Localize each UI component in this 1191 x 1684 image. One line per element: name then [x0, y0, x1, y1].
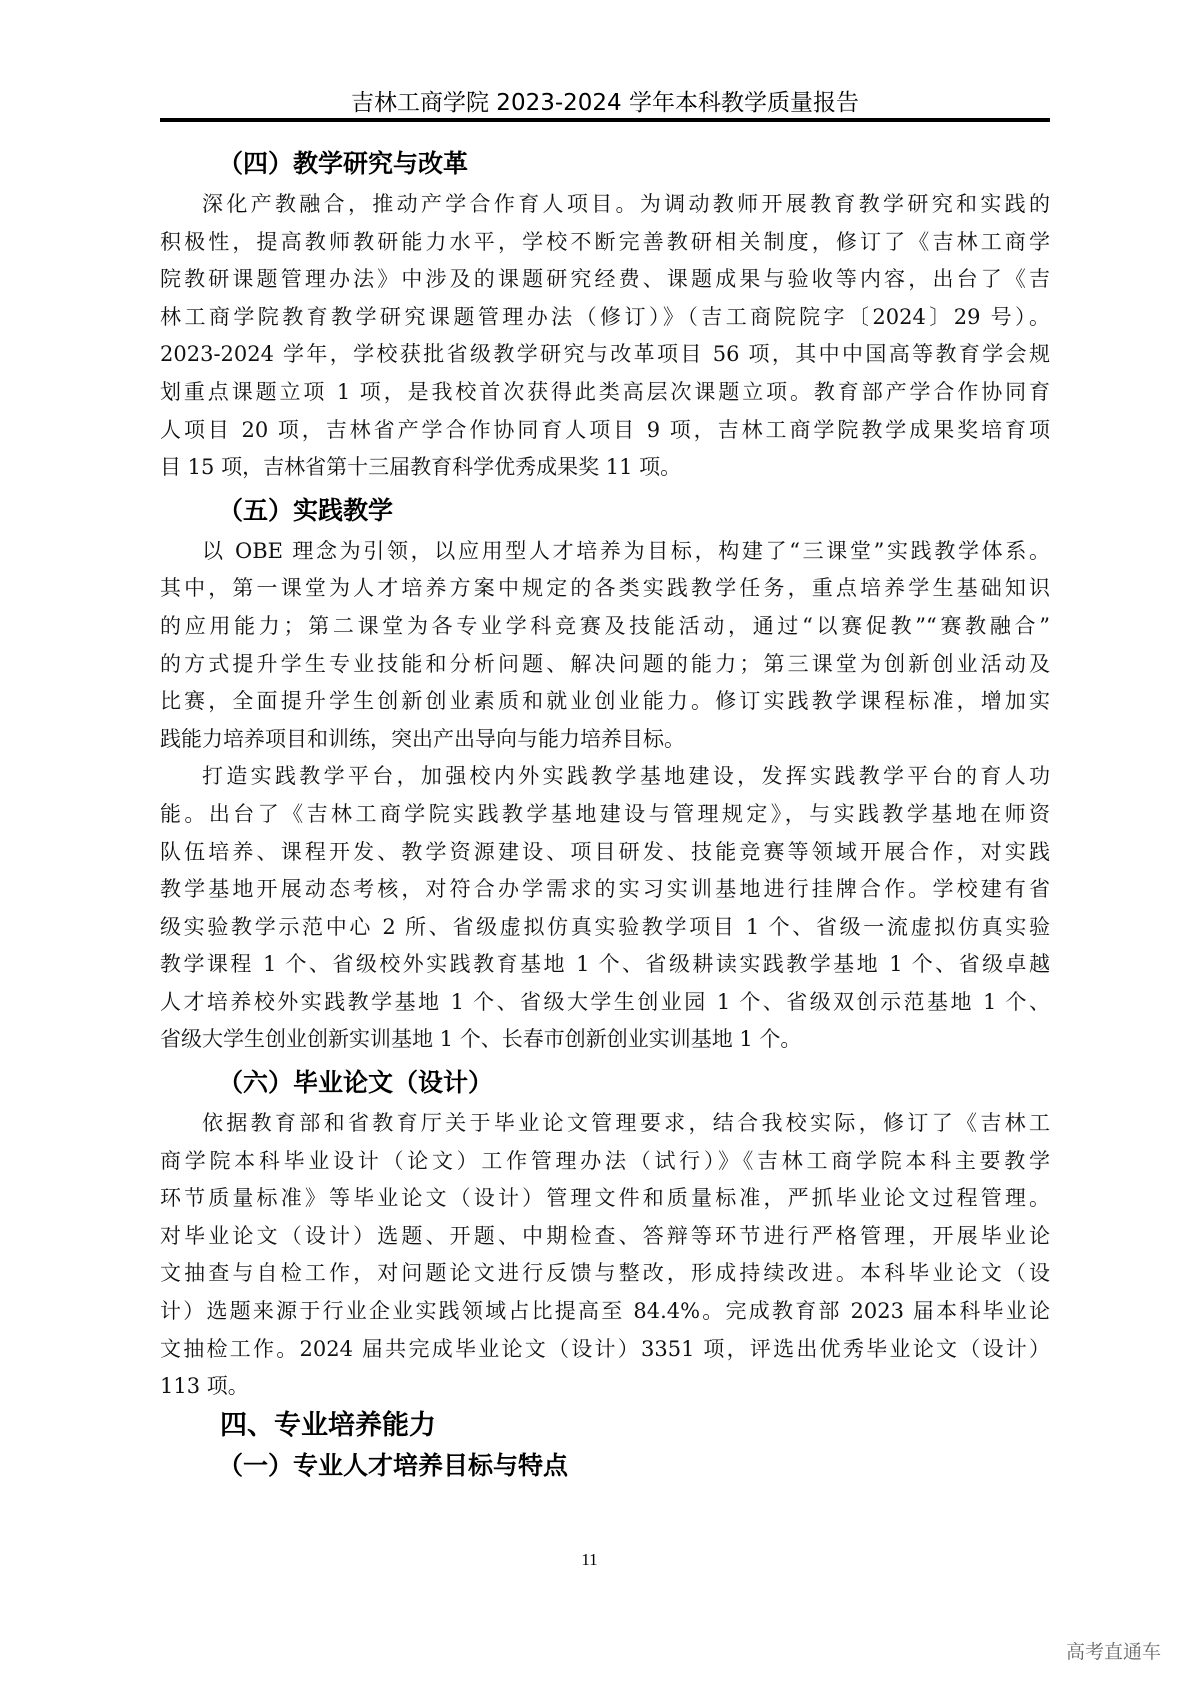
- text-line: 2023-2024 学年，学校获批省级教学研究与改革项目 56 项，其中中国高等…: [160, 336, 1050, 374]
- text-line: 计）选题来源于行业企业实践领域占比提高至 84.4%。完成教育部 2023 届本…: [160, 1293, 1050, 1331]
- text-line: 积极性，提高教师教研能力水平，学校不断完善教研相关制度，修订了《吉林工商学: [160, 224, 1050, 262]
- text-line: 其中，第一课堂为人才培养方案中规定的各类实践教学任务，重点培养学生基础知识: [160, 570, 1050, 608]
- text-line: 以 OBE 理念为引领，以应用型人才培养为目标，构建了“三课堂”实践教学体系。: [160, 533, 1050, 571]
- text-line: 深化产教融合，推动产学合作育人项目。为调动教师开展教育教学研究和实践的: [160, 186, 1050, 224]
- text-line: 能。出台了《吉林工商学院实践教学基地建设与管理规定》，与实践教学基地在师资: [160, 796, 1050, 834]
- section-heading-teaching-research: （四）教学研究与改革: [160, 142, 1050, 186]
- text-line: 文抽检工作。2024 届共完成毕业论文（设计）3351 项，评选出优秀毕业论文（…: [160, 1331, 1050, 1369]
- text-line: 目 15 项，吉林省第十三届教育科学优秀成果奖 11 项。: [160, 449, 1050, 487]
- paragraph-practice-platform: 打造实践教学平台，加强校内外实践教学基地建设，发挥实践教学平台的育人功 能。出台…: [160, 758, 1050, 1059]
- paragraph-practice-system: 以 OBE 理念为引领，以应用型人才培养为目标，构建了“三课堂”实践教学体系。 …: [160, 533, 1050, 759]
- report-header-title: 吉林工商学院 2023-2024 学年本科教学质量报告: [160, 84, 1050, 117]
- text-line: 依据教育部和省教育厅关于毕业论文管理要求，结合我校实际，修订了《吉林工: [160, 1105, 1050, 1143]
- text-line: 教学基地开展动态考核，对符合办学需求的实习实训基地进行挂牌合作。学校建有省: [160, 871, 1050, 909]
- text-line: 人项目 20 项，吉林省产学合作协同育人项目 9 项，吉林工商学院教学成果奖培育…: [160, 412, 1050, 450]
- text-line: 的方式提升学生专业技能和分析问题、解决问题的能力；第三课堂为创新创业活动及: [160, 646, 1050, 684]
- header-divider: [160, 118, 1050, 122]
- text-line: 的应用能力；第二课堂为各专业学科竞赛及技能活动，通过“以赛促教”“赛教融合”: [160, 608, 1050, 646]
- text-line: 级实验教学示范中心 2 所、省级虚拟仿真实验教学项目 1 个、省级一流虚拟仿真实…: [160, 909, 1050, 947]
- page-number: 11: [0, 1550, 1191, 1570]
- text-line: 人才培养校外实践教学基地 1 个、省级大学生创业园 1 个、省级双创示范基地 1…: [160, 984, 1050, 1022]
- text-line: 践能力培养项目和训练，突出产出导向与能力培养目标。: [160, 721, 1050, 759]
- text-line: 省级大学生创业创新实训基地 1 个、长春市创新创业实训基地 1 个。: [160, 1021, 1050, 1059]
- text-line: 环节质量标准》等毕业论文（设计）管理文件和质量标准，严抓毕业论文过程管理。: [160, 1180, 1050, 1218]
- text-line: 113 项。: [160, 1368, 1050, 1406]
- chapter-heading-professional-training: 四、专业培养能力: [160, 1406, 1050, 1446]
- section-heading-training-objectives: （一）专业人才培养目标与特点: [160, 1446, 1050, 1486]
- text-line: 对毕业论文（设计）选题、开题、中期检查、答辩等环节进行严格管理，开展毕业论: [160, 1218, 1050, 1256]
- text-line: 商学院本科毕业设计（论文）工作管理办法（试行）》《吉林工商学院本科主要教学: [160, 1143, 1050, 1181]
- section-heading-practice-teaching: （五）实践教学: [160, 489, 1050, 533]
- text-line: 院教研课题管理办法》中涉及的课题研究经费、课题成果与验收等内容，出台了《吉: [160, 261, 1050, 299]
- text-line: 比赛，全面提升学生创新创业素质和就业创业能力。修订实践教学课程标准，增加实: [160, 683, 1050, 721]
- paragraph-graduation-thesis: 依据教育部和省教育厅关于毕业论文管理要求，结合我校实际，修订了《吉林工 商学院本…: [160, 1105, 1050, 1406]
- watermark-text: 高考直通车: [1066, 1637, 1161, 1664]
- text-line: 教学课程 1 个、省级校外实践教育基地 1 个、省级耕读实践教学基地 1 个、省…: [160, 946, 1050, 984]
- text-line: 打造实践教学平台，加强校内外实践教学基地建设，发挥实践教学平台的育人功: [160, 758, 1050, 796]
- document-page: 吉林工商学院 2023-2024 学年本科教学质量报告 （四）教学研究与改革 深…: [0, 0, 1191, 1684]
- text-line: 队伍培养、课程开发、教学资源建设、项目研发、技能竞赛等领域开展合作，对实践: [160, 834, 1050, 872]
- paragraph-teaching-research: 深化产教融合，推动产学合作育人项目。为调动教师开展教育教学研究和实践的 积极性，…: [160, 186, 1050, 487]
- text-line: 林工商学院教育教学研究课题管理办法（修订）》（吉工商院院字〔2024〕29 号）…: [160, 299, 1050, 337]
- page-content: （四）教学研究与改革 深化产教融合，推动产学合作育人项目。为调动教师开展教育教学…: [160, 140, 1050, 1486]
- text-line: 划重点课题立项 1 项，是我校首次获得此类高层次课题立项。教育部产学合作协同育: [160, 374, 1050, 412]
- text-line: 文抽查与自检工作，对问题论文进行反馈与整改，形成持续改进。本科毕业论文（设: [160, 1255, 1050, 1293]
- section-heading-graduation-thesis: （六）毕业论文（设计）: [160, 1061, 1050, 1105]
